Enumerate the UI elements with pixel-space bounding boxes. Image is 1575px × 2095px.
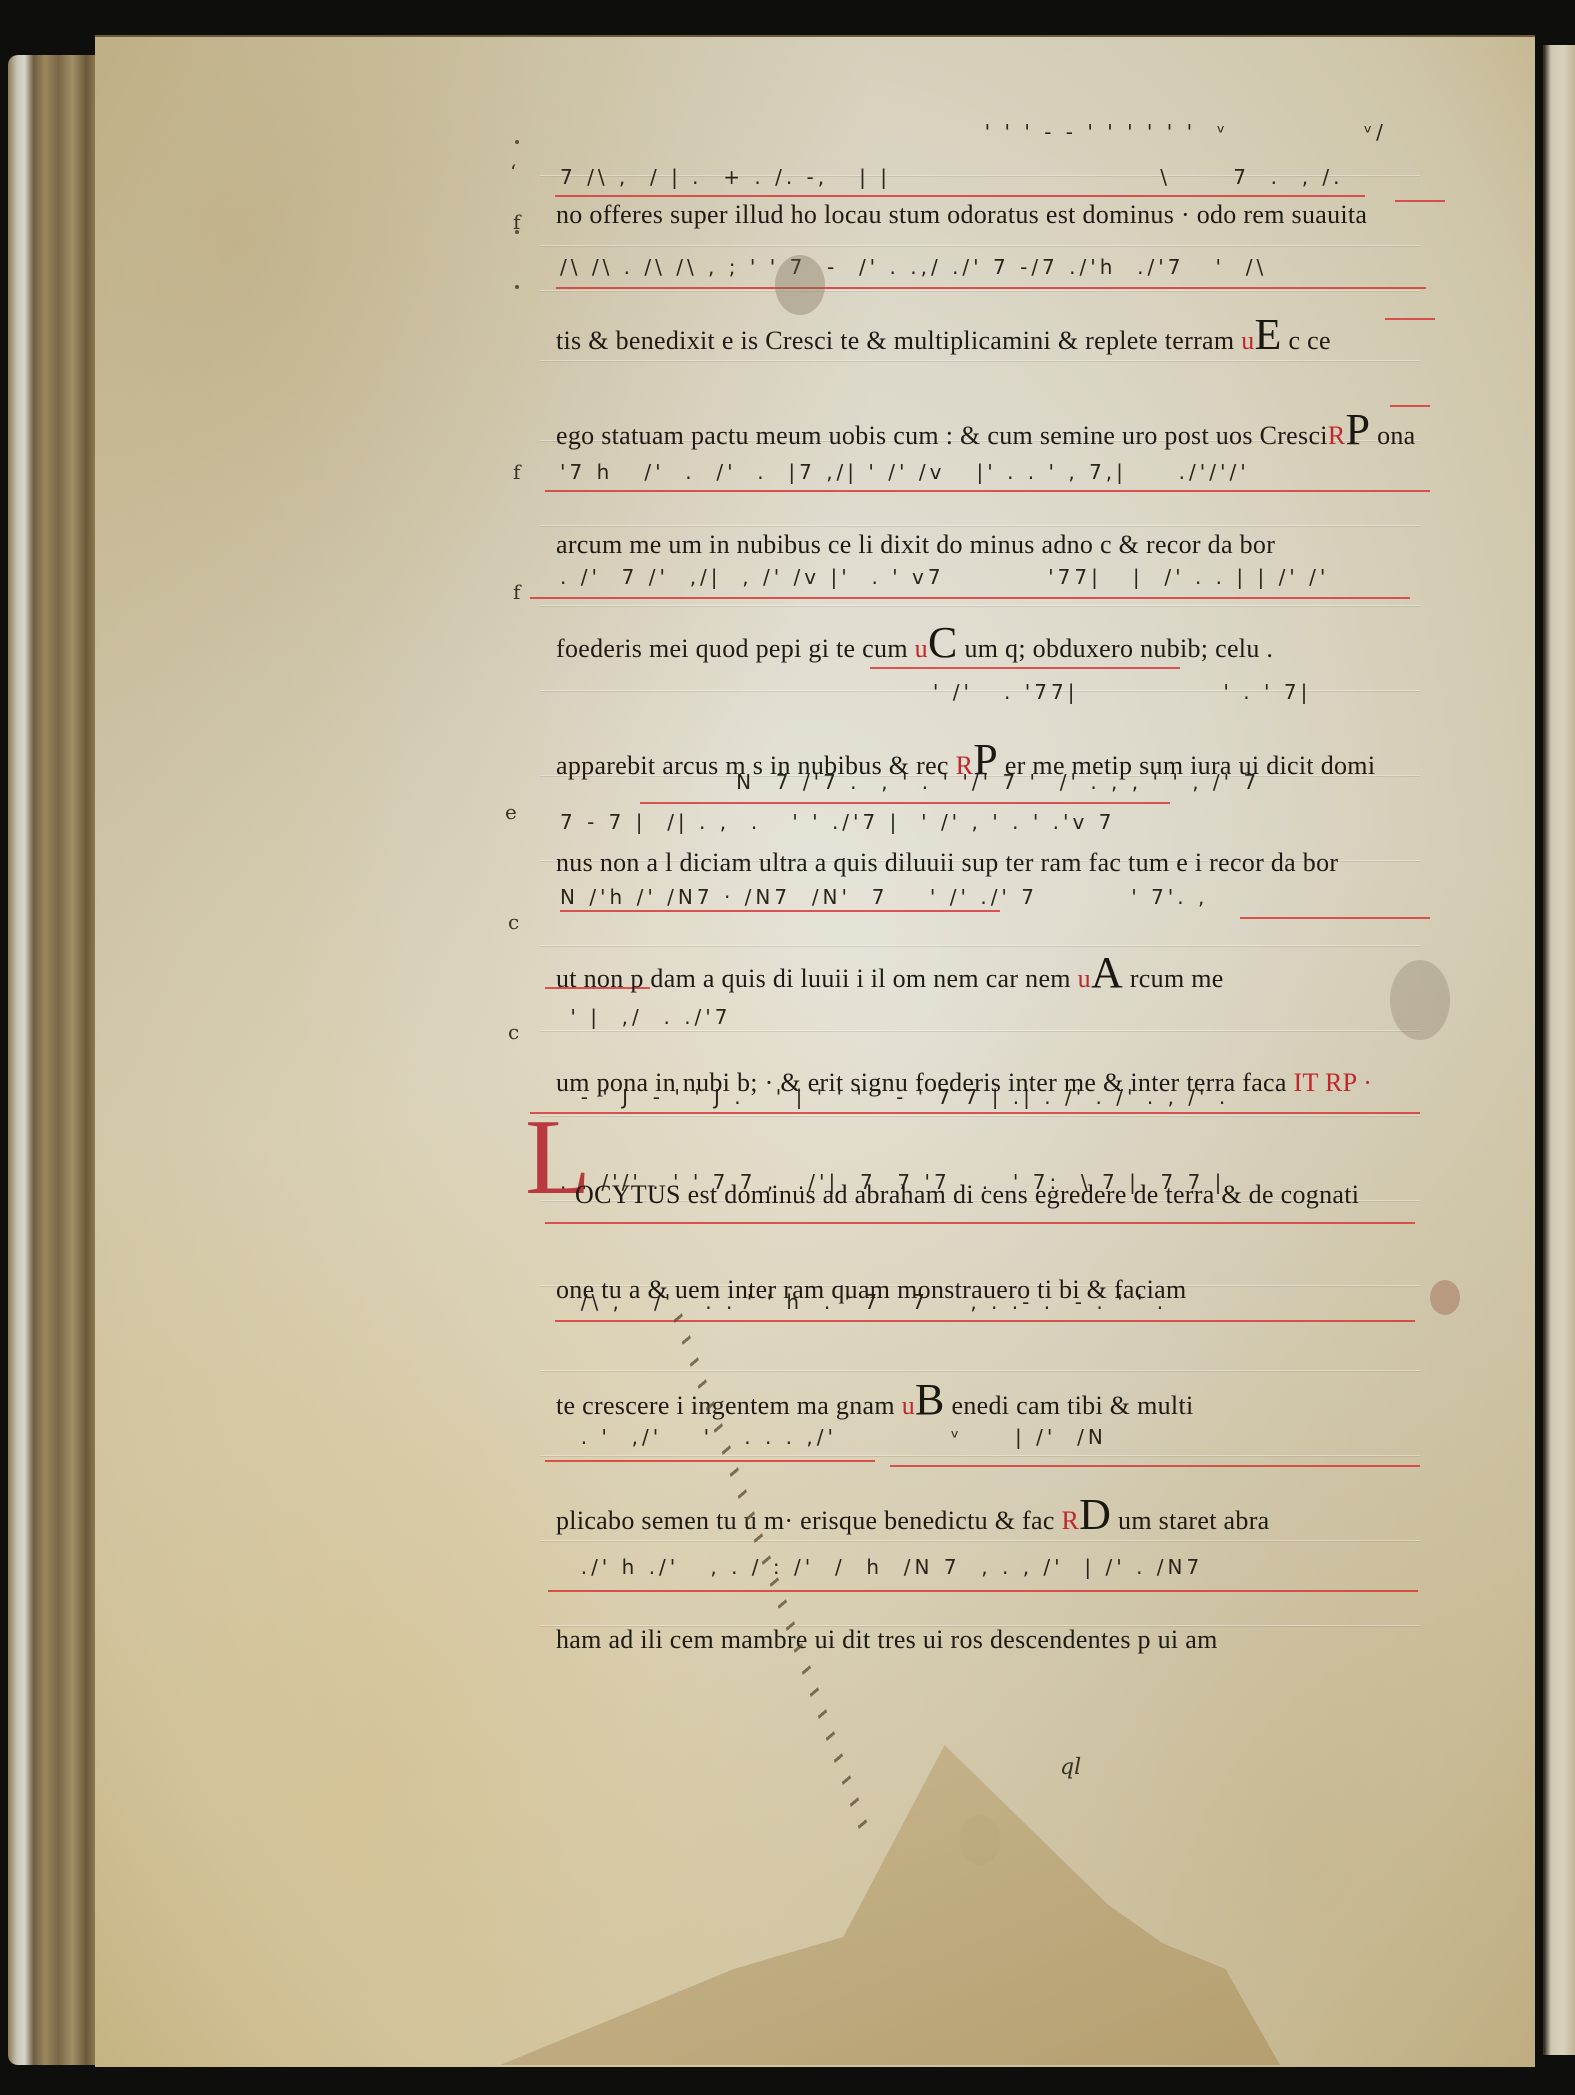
neume-row: . ' ,/' ' . . . ,/' ᵛ | /' /N: [560, 1425, 1430, 1449]
text-line: arcum me um in nubibus ce li dixit do mi…: [556, 530, 1426, 564]
line-text: foederis mei quod pepi gi te cum: [556, 634, 908, 664]
text-line: ut non p dam a quis di luuii i il om nem…: [556, 958, 1426, 992]
prick-mark: [515, 285, 519, 289]
margin-mark: f: [513, 580, 520, 604]
rubric-mark: R: [1061, 1506, 1079, 1536]
ruling-line: [540, 245, 1420, 246]
initial-letter: D: [1079, 1500, 1111, 1530]
staff-line: [548, 1590, 1418, 1592]
adjacent-page-edge: [1543, 45, 1575, 2055]
neume-row: 7 /\ , / | . + . /. -, | | \ 7 . , /.: [560, 165, 1430, 189]
neume-row: ./' h ./' , . / : /' / h /N 7 , . , /' |…: [560, 1555, 1430, 1579]
ruling-line: [540, 360, 1420, 361]
text-line: no offeres super illud ho locau stum odo…: [556, 200, 1426, 234]
ruling-line: [540, 1370, 1420, 1371]
line-text: c ce: [1289, 326, 1331, 356]
staff-line: [640, 802, 1170, 804]
line-text: no offeres super illud ho locau stum odo…: [556, 200, 1367, 230]
neume-row: '7 h /' . /' . |7 ,/| ' /' /v |' . . ' ,…: [560, 460, 1430, 484]
staff-line: [890, 1465, 1420, 1467]
book-edge: [8, 55, 100, 2065]
staff-line: [545, 490, 1430, 492]
rubric-mark: u: [1241, 326, 1254, 356]
line-text: tis & benedixit e is Cresci te & multipl…: [556, 326, 1234, 356]
staff-line: [530, 597, 1410, 599]
rubric-mark: IT RP ·: [1294, 1068, 1373, 1098]
line-text: ona: [1377, 421, 1415, 451]
text-line: ham ad ili cem mambre ui dit tres ui ros…: [556, 1625, 1426, 1659]
text-line: plicabo semen tu u m· erisque benedictu …: [556, 1500, 1426, 1534]
line-text: enedi cam tibi & multi: [952, 1391, 1194, 1421]
text-line: OCYTUS est dominus ad abraham di cens eg…: [575, 1180, 1445, 1214]
text-line: te crescere i ingentem ma gnam uB enedi …: [556, 1385, 1426, 1419]
line-text: ham ad ili cem mambre ui dit tres ui ros…: [556, 1625, 1218, 1655]
ruling-line: [540, 290, 1420, 291]
staff-line: [1240, 917, 1430, 919]
line-text: rcum me: [1130, 964, 1224, 994]
initial-letter: A: [1091, 958, 1123, 988]
ruling-line: [540, 1455, 1420, 1456]
line-text: plicabo semen tu u m· erisque benedictu …: [556, 1506, 1055, 1536]
text-line: um pona in nubi b; · & erit signu foeder…: [556, 1068, 1426, 1102]
line-text: um pona in nubi b; · & erit signu foeder…: [556, 1068, 1287, 1098]
line-text: apparebit arcus m s in nubibus & rec: [556, 751, 949, 781]
neume-row: ' /' . '77| ' . ' 7|: [560, 680, 1430, 704]
rubric-mark: u: [902, 1391, 915, 1421]
line-text: um staret abra: [1118, 1506, 1269, 1536]
text-line: one tu a & uem inter ram quam monstrauer…: [556, 1275, 1426, 1309]
stain: [775, 255, 825, 315]
rubric-mark: R: [956, 751, 974, 781]
text-line: apparebit arcus m s in nubibus & rec RP …: [556, 745, 1426, 779]
line-text: one tu a & uem inter ram quam monstrauer…: [556, 1275, 1187, 1305]
prick-mark: [515, 140, 519, 144]
margin-mark: f: [513, 460, 520, 484]
margin-mark: c: [508, 910, 519, 934]
line-text: um q; obduxero nubib; celu .: [964, 634, 1273, 664]
neume-row: 7 - 7 | /| . , . ' ' ./'7 | ' /' , ' . '…: [560, 810, 1430, 834]
staff-line: [556, 287, 1426, 289]
margin-mark: e: [505, 800, 517, 824]
line-text: er me metip sum iura ui dicit domi: [1005, 751, 1376, 781]
text-line: ego statuam pactu meum uobis cum : & cum…: [556, 415, 1426, 449]
text-line: foederis mei quod pepi gi te cum uC um q…: [556, 628, 1426, 662]
staff-line: [545, 1460, 875, 1462]
ruling-line: [540, 1030, 1420, 1031]
line-text: arcum me um in nubibus ce li dixit do mi…: [556, 530, 1275, 560]
line-text: nus non a l diciam ultra a quis diluuii …: [556, 848, 1338, 878]
initial-letter: C: [928, 628, 958, 658]
stain: [1390, 960, 1450, 1040]
rubric-mark: u: [1078, 964, 1091, 994]
initial-letter: E: [1255, 320, 1282, 350]
neume-row: ' | ,/ . ./'7: [560, 1005, 1430, 1029]
neume-row: ' ' ' - - ' ' ' ' ' ' ᵛ ᵛ/: [560, 120, 1430, 144]
line-text: ut non p dam a quis di luuii i il om nem…: [556, 964, 1071, 994]
text-line: tis & benedixit e is Cresci te & multipl…: [556, 320, 1426, 354]
margin-mark: f: [513, 210, 520, 234]
staff-line: [560, 910, 1000, 912]
line-text: ego statuam pactu meum uobis cum : & cum…: [556, 421, 1328, 451]
staff-line: [545, 1222, 1415, 1224]
initial-letter: P: [1345, 415, 1370, 445]
line-text: OCYTUS est dominus ad abraham di cens eg…: [575, 1180, 1359, 1210]
staff-line: [530, 1112, 1420, 1114]
ruling-line: [540, 945, 1420, 946]
ruling-line: [540, 1115, 1420, 1116]
ruling-line: [540, 525, 1420, 526]
neume-row: N /'h /' /N7 · /N7 /N' 7 ' /' ./' 7 ' 7'…: [560, 885, 1430, 909]
ruling-line: [540, 1540, 1420, 1541]
staff-line: [555, 195, 1365, 197]
initial-letter: P: [973, 745, 998, 775]
margin-mark: c: [508, 1020, 519, 1044]
ruling-line: [540, 605, 1420, 606]
rubric-mark: R: [1328, 421, 1346, 451]
stain: [1430, 1280, 1460, 1315]
bottom-note: ql: [1060, 1755, 1081, 1780]
neume-row: . /' 7 /' ,/| , /' /v |' . ' v7 '77| | /…: [560, 565, 1430, 589]
margin-mark: ‘: [510, 160, 516, 184]
neume-row: /\ /\ . /\ /\ , ; ' ' 7 - /' . .,/ ./' 7…: [560, 255, 1430, 279]
initial-letter: B: [915, 1385, 945, 1415]
staff-line: [870, 667, 1180, 669]
line-text: te crescere i ingentem ma gnam: [556, 1391, 895, 1421]
rubric-mark: u: [915, 634, 928, 664]
text-line: nus non a l diciam ultra a quis diluuii …: [556, 848, 1426, 882]
staff-line: [1390, 405, 1430, 407]
